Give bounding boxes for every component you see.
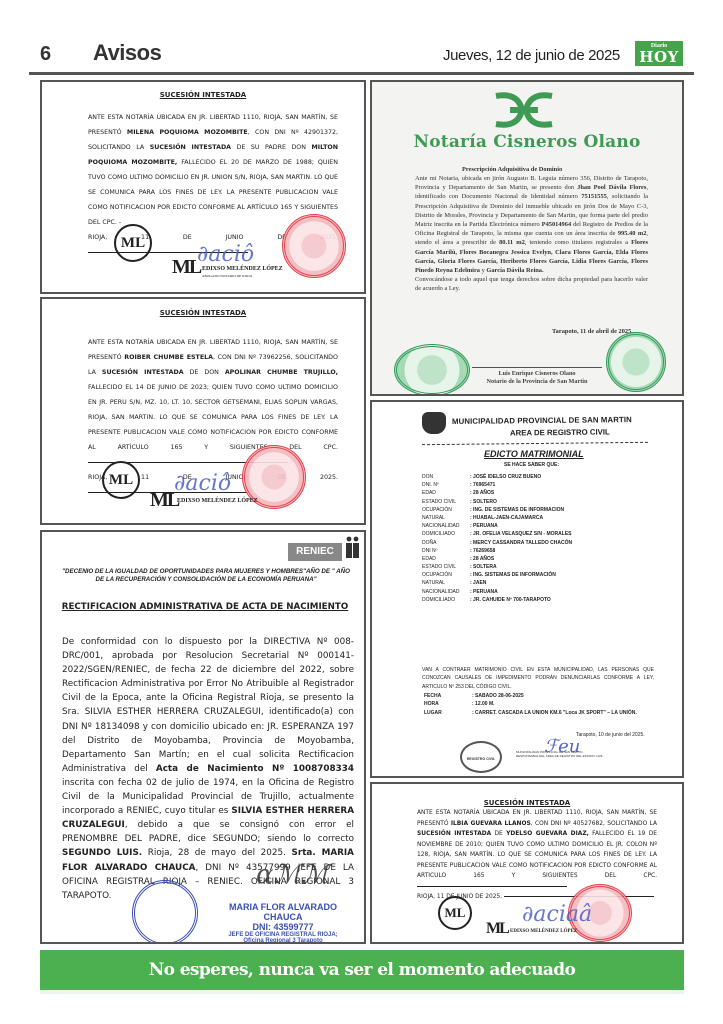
detail-label: FECHA <box>424 692 472 700</box>
detail-value: : SOLTERO <box>470 498 497 506</box>
detail-label: HORA <box>424 700 472 708</box>
notary-subtitle: ABOGADO NOTARIO DE RIOJA <box>202 274 252 278</box>
notice-title: SUCESIÓN INTESTADA <box>42 91 364 99</box>
detail-value: : 28 AÑOS <box>470 555 494 563</box>
notary-name: EDIXSO MELÉNDEZ LÓPEZ <box>177 498 258 504</box>
detail-label: DON <box>422 473 470 481</box>
detail-value: : HUABAL-JAEN-CAJAMARCA <box>470 514 543 522</box>
party-details: DON: JOSÉ IDELSO CRUZ BUENODNI. Nº: 7696… <box>422 473 662 604</box>
notary-name: EDIXSO MELÉNDEZ LÓPEZ <box>510 929 577 934</box>
detail-value: : ING. SISTEMAS DE INFORMACIÓN <box>470 571 556 579</box>
department-name: AREA DE REGISTRO CIVIL <box>510 427 610 437</box>
notary-ml-seal-icon: ML <box>114 224 152 262</box>
event-details: FECHA: SABADO 28-06-2025HORA: 12.00 M.LU… <box>424 692 664 717</box>
reniec-logo: RENIEC <box>288 543 342 561</box>
detail-row: ESTADO CIVIL: SOLTERA <box>422 563 662 571</box>
detail-label: LUGAR <box>424 709 472 717</box>
detail-value: : 76269658 <box>470 547 495 555</box>
detail-value: : JAEN <box>470 579 486 587</box>
detail-label: ESTADO CIVIL <box>422 498 470 506</box>
footer-slogan-banner: No esperes, nunca va ser el momento adec… <box>40 950 684 990</box>
detail-value: : PERUANA <box>470 588 498 596</box>
signature: ∂aciô <box>174 471 231 496</box>
footer-shadow <box>40 990 684 994</box>
detail-label: DOÑA <box>422 539 470 547</box>
notary-name: EDIXSO MELÉNDEZ LÓPEZ <box>202 266 283 272</box>
notice-date: Tarapoto, 11 de abril de 2025. <box>552 328 633 335</box>
detail-row: NACIONALIDAD: PERUANA <box>422 522 662 530</box>
reniec-blue-seal-icon <box>132 880 198 944</box>
detail-value: : 76965471 <box>470 481 495 489</box>
notice-sucesion-poquioma: SUCESIÓN INTESTADA ANTE ESTA NOTARÍA UBI… <box>40 80 366 294</box>
detail-label: NACIONALIDAD <box>422 588 470 596</box>
detail-value: : JR. OFELIA VELASQUEZ S/N - MORALES <box>470 530 572 538</box>
notice-sucesion-chumbe: SUCESIÓN INTESTADA ANTE ESTA NOTARÍA UBI… <box>40 297 366 525</box>
detail-label: NATURAL <box>422 579 470 587</box>
official-motto: "DECENIO DE LA IGUALDAD DE OPORTUNIDADES… <box>61 568 351 584</box>
reniec-figures-icon <box>344 536 360 560</box>
detail-label: EDAD <box>422 555 470 563</box>
notice-title: EDICTO MATRIMONIAL <box>484 449 584 459</box>
detail-row: LUGAR: CARRET. CASCADA LA UNION KM.6 "Lo… <box>424 709 664 717</box>
detail-label: ESTADO CIVIL <box>422 563 470 571</box>
notary-firm-name: Notaría Cisneros Olano <box>372 132 682 152</box>
detail-row: DON: JOSÉ IDELSO CRUZ BUENO <box>422 473 662 481</box>
detail-label: NATURAL <box>422 514 470 522</box>
notice-body: Ante mi Notaria, ubicada en jirón August… <box>415 174 648 294</box>
notary-ml-seal-icon: ML <box>438 896 472 930</box>
signature: ℱeu <box>544 736 580 757</box>
detail-row: DNI Nº: 76269658 <box>422 547 662 555</box>
detail-value: : SOLTERA <box>470 563 497 571</box>
detail-value: : CARRET. CASCADA LA UNION KM.6 "Loca JK… <box>472 709 637 717</box>
detail-value: : MERCY CASSANDRA TALLEDO CHACÓN <box>470 539 572 547</box>
detail-row: DOMICILIADO: JR. CAHUIDE Nº 700-TARAPOTO <box>422 596 662 604</box>
detail-row: OCUPACIÓN: ING. SISTEMAS DE INFORMACIÓN <box>422 571 662 579</box>
signature: ∂aciô <box>197 242 254 267</box>
issue-date: Jueves, 12 de junio de 2025 <box>443 47 620 64</box>
detail-label: OCUPACIÓN <box>422 506 470 514</box>
notice-title: SUCESIÓN INTESTADA <box>42 309 364 317</box>
detail-label: NACIONALIDAD <box>422 522 470 530</box>
detail-value: : JR. CAHUIDE Nº 700-TARAPOTO <box>470 596 551 604</box>
municipality-name: MUNICIPALIDAD PROVINCIAL DE SAN MARTIN <box>452 415 632 426</box>
header-rule <box>29 72 694 75</box>
notary-ml-seal-icon: ML <box>102 461 140 499</box>
detail-row: FECHA: SABADO 28-06-2025 <box>424 692 664 700</box>
detail-row: EDAD: 28 AÑOS <box>422 489 662 497</box>
detail-row: EDAD: 28 AÑOS <box>422 555 662 563</box>
notice-paragraph: VAN A CONTRAER MATRIMONIO CIVIL EN ESTA … <box>422 666 654 691</box>
ml-monogram-icon: ML <box>172 256 200 279</box>
detail-label: OCUPACIÓN <box>422 571 470 579</box>
red-notary-seal-icon <box>282 214 346 278</box>
notice-prescripcion-cisneros: Notaría Cisneros Olano Prescripción Adqu… <box>370 80 684 396</box>
official-stamp: MARIA FLOR ALVARADO CHAUCA DNI: 43599777… <box>220 902 346 944</box>
detail-row: ESTADO CIVIL: SOLTERO <box>422 498 662 506</box>
detail-row: DOMICILIADO: JR. OFELIA VELASQUEZ S/N - … <box>422 530 662 538</box>
page-number: 6 <box>40 43 51 66</box>
notice-body: ANTE ESTA NOTARÍA UBICADA EN JR. LIBERTA… <box>417 808 657 903</box>
green-round-seal-icon <box>606 332 666 392</box>
detail-value: : JOSÉ IDELSO CRUZ BUENO <box>470 473 541 481</box>
notaria-cisneros-logo-icon <box>488 90 560 130</box>
notice-title: Prescripción Adquisitiva de Dominio <box>462 166 562 173</box>
section-title: Avisos <box>93 40 161 66</box>
notice-edicto-matrimonial: MUNICIPALIDAD PROVINCIAL DE SAN MARTIN A… <box>370 400 684 778</box>
detail-value: : PERUANA <box>470 522 498 530</box>
detail-row: DOÑA: MERCY CASSANDRA TALLEDO CHACÓN <box>422 539 662 547</box>
notice-date: Tarapoto, 10 de junio del 2025. <box>576 732 645 738</box>
detail-label: DOMICILIADO <box>422 530 470 538</box>
detail-label: DNI Nº <box>422 547 470 555</box>
notice-subtitle: SE HACE SABER QUE: <box>504 462 559 468</box>
detail-label: EDAD <box>422 489 470 497</box>
diario-hoy-logo: Diario HOY <box>635 41 683 66</box>
signature: ɑℳℳ <box>256 860 329 890</box>
green-notary-seal-icon <box>394 344 470 396</box>
detail-row: NATURAL: JAEN <box>422 579 662 587</box>
detail-label: DOMICILIADO <box>422 596 470 604</box>
registro-civil-seal-icon: REGISTRO CIVIL <box>460 741 502 773</box>
ml-monogram-icon: ML <box>486 920 508 938</box>
detail-value: : 28 AÑOS <box>470 489 494 497</box>
detail-value: : 12.00 M. <box>472 700 495 708</box>
signature: ∂aciaâ <box>522 902 592 927</box>
detail-row: DNI. Nº: 76965471 <box>422 481 662 489</box>
detail-value: : ING. DE SISTEMAS DE INFORMACION <box>470 506 564 514</box>
detail-row: NACIONALIDAD: PERUANA <box>422 588 662 596</box>
header-divider <box>422 442 648 445</box>
detail-value: : SABADO 28-06-2025 <box>472 692 524 700</box>
detail-row: HORA: 12.00 M. <box>424 700 664 708</box>
detail-row: NATURAL: HUABAL-JAEN-CAJAMARCA <box>422 514 662 522</box>
municipal-crest-icon <box>422 412 446 434</box>
logo-main-text: HOY <box>635 50 683 64</box>
notice-sucesion-guevara: SUCESIÓN INTESTADA ANTE ESTA NOTARÍA UBI… <box>370 782 684 944</box>
notice-title: SUCESIÓN INTESTADA <box>372 799 682 807</box>
detail-label: DNI. Nº <box>422 481 470 489</box>
notice-rectificacion-reniec: RENIEC "DECENIO DE LA IGUALDAD DE OPORTU… <box>40 530 366 944</box>
detail-row: OCUPACIÓN: ING. DE SISTEMAS DE INFORMACI… <box>422 506 662 514</box>
notice-title: RECTIFICACION ADMINISTRATIVA DE ACTA DE … <box>52 599 358 615</box>
notary-signature-block: Luis Enrique Cisneros Olano Notario de l… <box>472 367 602 386</box>
